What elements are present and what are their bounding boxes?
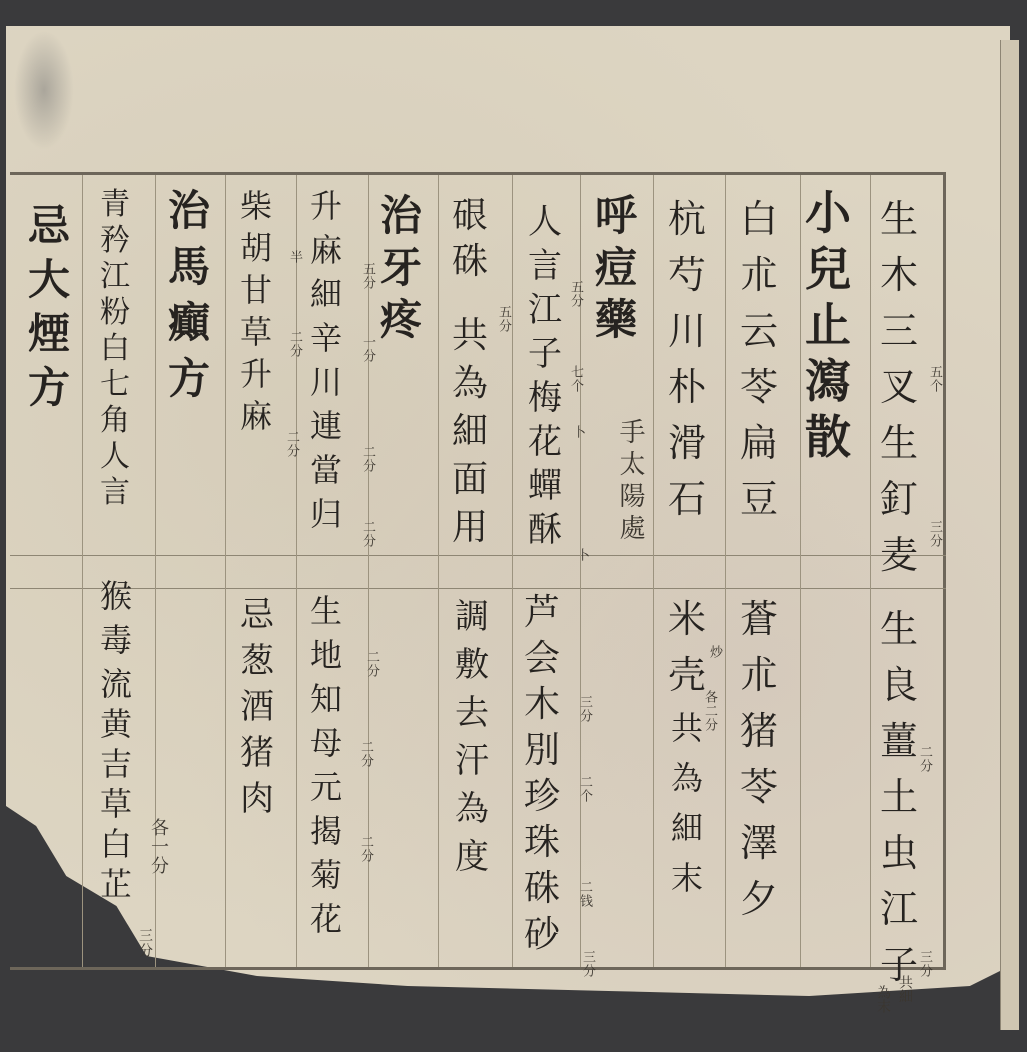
character: 胡 bbox=[240, 232, 272, 264]
character: 石 bbox=[668, 480, 706, 518]
character: 癲 bbox=[168, 302, 210, 344]
column-rule bbox=[512, 175, 513, 967]
character: 酥 bbox=[528, 513, 562, 547]
text-column-10-upper: 柴 胡 甘 草 升 麻 bbox=[240, 190, 272, 442]
dosage-note: 三分 bbox=[915, 950, 934, 978]
character: 去 bbox=[455, 696, 489, 730]
dosage-note: 二分 bbox=[356, 740, 375, 768]
character: 言 bbox=[528, 249, 562, 283]
location-note: 手太陽處 bbox=[612, 418, 649, 546]
dosage-note: 三分 bbox=[135, 928, 155, 958]
dosage-note: 一分 bbox=[358, 335, 377, 363]
character: 末 bbox=[671, 862, 703, 894]
character: 面 bbox=[452, 462, 488, 498]
character: 共 bbox=[671, 712, 703, 744]
character: 元 bbox=[310, 771, 342, 803]
dosage-note: 半 bbox=[285, 250, 304, 264]
character: 白 bbox=[740, 200, 778, 238]
character: 夕 bbox=[740, 880, 778, 918]
dosage-note: 三分 bbox=[578, 950, 597, 978]
character: 知 bbox=[310, 683, 342, 715]
character: 肉 bbox=[240, 782, 274, 816]
character: 辛 bbox=[310, 322, 342, 354]
character: 扁 bbox=[740, 424, 778, 462]
character: 黄 bbox=[100, 708, 132, 740]
character: 白 bbox=[100, 828, 132, 860]
character: 地 bbox=[310, 639, 342, 671]
character: 調 bbox=[455, 600, 489, 634]
character: 花 bbox=[310, 903, 342, 935]
character: 苓 bbox=[740, 768, 778, 806]
dosage-note: 二分 bbox=[362, 650, 381, 678]
character: 朮 bbox=[740, 256, 778, 294]
dosage-note: 三分 bbox=[925, 520, 944, 548]
text-column-12-upper: 青 矜 江 粉 白 七 角 人 言 bbox=[100, 190, 130, 514]
text-column-6-upper: 人 言 江 子 梅 花 蟬 酥 bbox=[528, 205, 562, 557]
character: 細 bbox=[452, 414, 488, 450]
character: 滑 bbox=[668, 424, 706, 462]
character: 杭 bbox=[668, 200, 706, 238]
character: 細 bbox=[310, 278, 342, 310]
character: 硍 bbox=[452, 198, 488, 234]
next-page-edge bbox=[1000, 40, 1019, 1030]
text-column-1-lower: 生 良 薑 土 虫 江 子 bbox=[880, 610, 918, 1002]
character: 生 bbox=[880, 610, 918, 648]
character: 归 bbox=[310, 498, 342, 530]
character: 為 bbox=[671, 762, 703, 794]
character: 麦 bbox=[880, 536, 918, 574]
character: 言 bbox=[100, 478, 130, 508]
text-column-4-upper: 杭 芍 川 朴 滑 石 bbox=[668, 200, 706, 536]
dosage-note: 二分 bbox=[285, 330, 304, 358]
character: 人 bbox=[100, 442, 130, 472]
character: 蒼 bbox=[740, 600, 778, 638]
character: 角 bbox=[100, 406, 130, 436]
character: 汗 bbox=[455, 744, 489, 778]
character: 別 bbox=[524, 733, 560, 769]
character: 瀉 bbox=[805, 358, 851, 404]
character: 用 bbox=[452, 510, 488, 546]
character: 方 bbox=[168, 358, 210, 400]
text-column-12-lower: 猴 毒 流 黄 吉 草 白 芷 bbox=[100, 580, 132, 908]
character: 猪 bbox=[740, 712, 778, 750]
recipe-title-opium-quitting: 忌 大 煙 方 bbox=[28, 205, 70, 421]
character: 虫 bbox=[880, 834, 918, 872]
character: 珍 bbox=[524, 779, 560, 815]
character: 豆 bbox=[740, 480, 778, 518]
character: 草 bbox=[100, 788, 132, 820]
character: 木 bbox=[524, 687, 560, 723]
text-column-7-upper: 硍 硃 共 為 細 面 用 bbox=[452, 198, 488, 558]
character: 牙 bbox=[380, 247, 422, 289]
character: 止 bbox=[805, 302, 851, 348]
text-column-4-lower: 米 壳 共 為 細 末 bbox=[668, 600, 706, 912]
character: 毒 bbox=[100, 624, 132, 656]
column-rule bbox=[653, 175, 654, 967]
character: 白 bbox=[100, 334, 130, 364]
character: 蟬 bbox=[528, 469, 562, 503]
character: 梅 bbox=[528, 381, 562, 415]
character: 猪 bbox=[240, 736, 274, 770]
dosage-note: 各一分 bbox=[145, 818, 171, 875]
character: 砂 bbox=[524, 917, 560, 953]
character: 珠 bbox=[524, 825, 560, 861]
column-rule bbox=[296, 175, 297, 967]
text-column-9-upper: 升 麻 細 辛 川 連 當 归 bbox=[310, 190, 342, 542]
character: 猴 bbox=[100, 580, 132, 612]
character: 柴 bbox=[240, 190, 272, 222]
character: 芷 bbox=[100, 868, 132, 900]
character: 七 bbox=[100, 370, 130, 400]
character: 朴 bbox=[668, 368, 706, 406]
character: 良 bbox=[880, 666, 918, 704]
character: 方 bbox=[28, 367, 70, 409]
text-column-6-lower: 芦 会 木 別 珍 珠 硃 砂 bbox=[524, 595, 560, 963]
character: 葱 bbox=[240, 644, 274, 678]
character: 大 bbox=[28, 259, 70, 301]
character: 馬 bbox=[168, 246, 210, 288]
water-stain bbox=[14, 30, 74, 150]
dosage-note: 二分 bbox=[915, 745, 934, 773]
dosage-note: 二分 bbox=[358, 445, 377, 473]
character: 細 bbox=[671, 812, 703, 844]
character: 治 bbox=[380, 195, 422, 237]
character: 人 bbox=[528, 205, 562, 239]
character: 子 bbox=[528, 337, 562, 371]
character: 敷 bbox=[455, 648, 489, 682]
dosage-note: 五分 bbox=[566, 280, 585, 308]
column-rule bbox=[870, 175, 871, 967]
character: 米 bbox=[668, 600, 706, 638]
character: 花 bbox=[528, 425, 562, 459]
character: 矜 bbox=[100, 226, 130, 256]
character: 叉 bbox=[880, 368, 918, 406]
dosage-note: 二钱 bbox=[575, 880, 594, 908]
text-column-5-upper: 呼 痘 藥 bbox=[595, 195, 637, 351]
character: 疼 bbox=[380, 299, 422, 341]
character: 江 bbox=[880, 890, 918, 928]
character: 呼 bbox=[595, 195, 637, 237]
dosage-note: 三分 bbox=[575, 695, 594, 723]
character: 釘 bbox=[880, 480, 918, 518]
text-column-3-lower: 蒼 朮 猪 苓 澤 夕 bbox=[740, 600, 778, 936]
character: 江 bbox=[528, 293, 562, 327]
character: 硃 bbox=[524, 871, 560, 907]
dosage-note: 五分 bbox=[494, 305, 513, 333]
character: 壳 bbox=[668, 656, 706, 694]
text-column-9-lower: 生 地 知 母 元 揭 菊 花 bbox=[310, 595, 342, 947]
character: 痘 bbox=[595, 247, 637, 289]
column-rule bbox=[800, 175, 801, 967]
character: 澤 bbox=[740, 824, 778, 862]
character: 草 bbox=[240, 316, 272, 348]
margin-footnote: 為末 bbox=[873, 985, 893, 1013]
character: 江 bbox=[100, 262, 130, 292]
dosage-note: 各二分 bbox=[700, 690, 719, 732]
character: 麻 bbox=[240, 400, 272, 432]
character: 朮 bbox=[740, 656, 778, 694]
recipe-title-column: 小 兒 止 瀉 散 bbox=[805, 190, 851, 470]
character: 川 bbox=[310, 366, 342, 398]
character: 生 bbox=[880, 200, 918, 238]
dosage-note: 二个 bbox=[575, 775, 594, 803]
character: 共 bbox=[452, 318, 488, 354]
character: 生 bbox=[310, 595, 342, 627]
character: 甘 bbox=[240, 274, 272, 306]
character: 煙 bbox=[28, 313, 70, 355]
character: 芦 bbox=[524, 595, 560, 631]
character: 芍 bbox=[668, 256, 706, 294]
character: 菊 bbox=[310, 859, 342, 891]
character: 為 bbox=[455, 792, 489, 826]
character: 忌 bbox=[28, 205, 70, 247]
character: 薑 bbox=[880, 722, 918, 760]
character: 母 bbox=[310, 727, 342, 759]
dosage-note: 二分 bbox=[358, 520, 377, 548]
column-rule bbox=[438, 175, 439, 967]
character: 散 bbox=[805, 414, 851, 460]
character: 治 bbox=[168, 190, 210, 232]
character: 兒 bbox=[805, 246, 851, 292]
character: 会 bbox=[524, 641, 560, 677]
character: 青 bbox=[100, 190, 130, 220]
character: 度 bbox=[455, 840, 489, 874]
character: 麻 bbox=[310, 234, 342, 266]
character: 小 bbox=[805, 190, 851, 236]
character: 揭 bbox=[310, 815, 342, 847]
dosage-note: 五个 bbox=[925, 365, 944, 393]
character: 粉 bbox=[100, 298, 130, 328]
dosage-note: 二分 bbox=[282, 430, 301, 458]
character: 云 bbox=[740, 312, 778, 350]
text-column-1-upper: 生 木 三 叉 生 釘 麦 bbox=[880, 200, 918, 592]
character: 生 bbox=[880, 424, 918, 462]
character: 酒 bbox=[240, 690, 274, 724]
character: 三 bbox=[880, 312, 918, 350]
character: 硃 bbox=[452, 244, 488, 280]
character: 連 bbox=[310, 410, 342, 442]
character: 當 bbox=[310, 454, 342, 486]
character: 木 bbox=[880, 256, 918, 294]
column-rule bbox=[82, 175, 83, 967]
character: 吉 bbox=[100, 748, 132, 780]
dosage-note: 七个 bbox=[566, 365, 585, 393]
dosage-note: 五分 bbox=[358, 262, 377, 290]
column-rule bbox=[725, 175, 726, 967]
character: 流 bbox=[100, 668, 132, 700]
margin-footnote: 共細 bbox=[895, 975, 915, 1003]
character: 藥 bbox=[595, 299, 637, 341]
text-column-7-lower: 調 敷 去 汗 為 度 bbox=[455, 600, 489, 888]
text-column-10-lower: 忌 葱 酒 猪 肉 bbox=[240, 598, 274, 828]
recipe-title-toothache: 治 牙 疼 bbox=[380, 195, 422, 351]
character: 川 bbox=[668, 312, 706, 350]
dosage-note: 卜 bbox=[572, 548, 591, 562]
character: 土 bbox=[880, 778, 918, 816]
character: 苓 bbox=[740, 368, 778, 406]
text-column-3-upper: 白 朮 云 苓 扁 豆 bbox=[740, 200, 778, 536]
character: 升 bbox=[240, 358, 272, 390]
mid-rule-bottom bbox=[10, 588, 946, 589]
dosage-note: 卜 bbox=[568, 425, 587, 439]
character: 升 bbox=[310, 190, 342, 222]
dosage-note: 炒 bbox=[705, 645, 724, 659]
recipe-title-horse-epilepsy: 治 馬 癲 方 bbox=[168, 190, 210, 414]
character: 為 bbox=[452, 366, 488, 402]
dosage-note: 二分 bbox=[356, 835, 375, 863]
column-rule bbox=[225, 175, 226, 967]
character: 忌 bbox=[240, 598, 274, 632]
